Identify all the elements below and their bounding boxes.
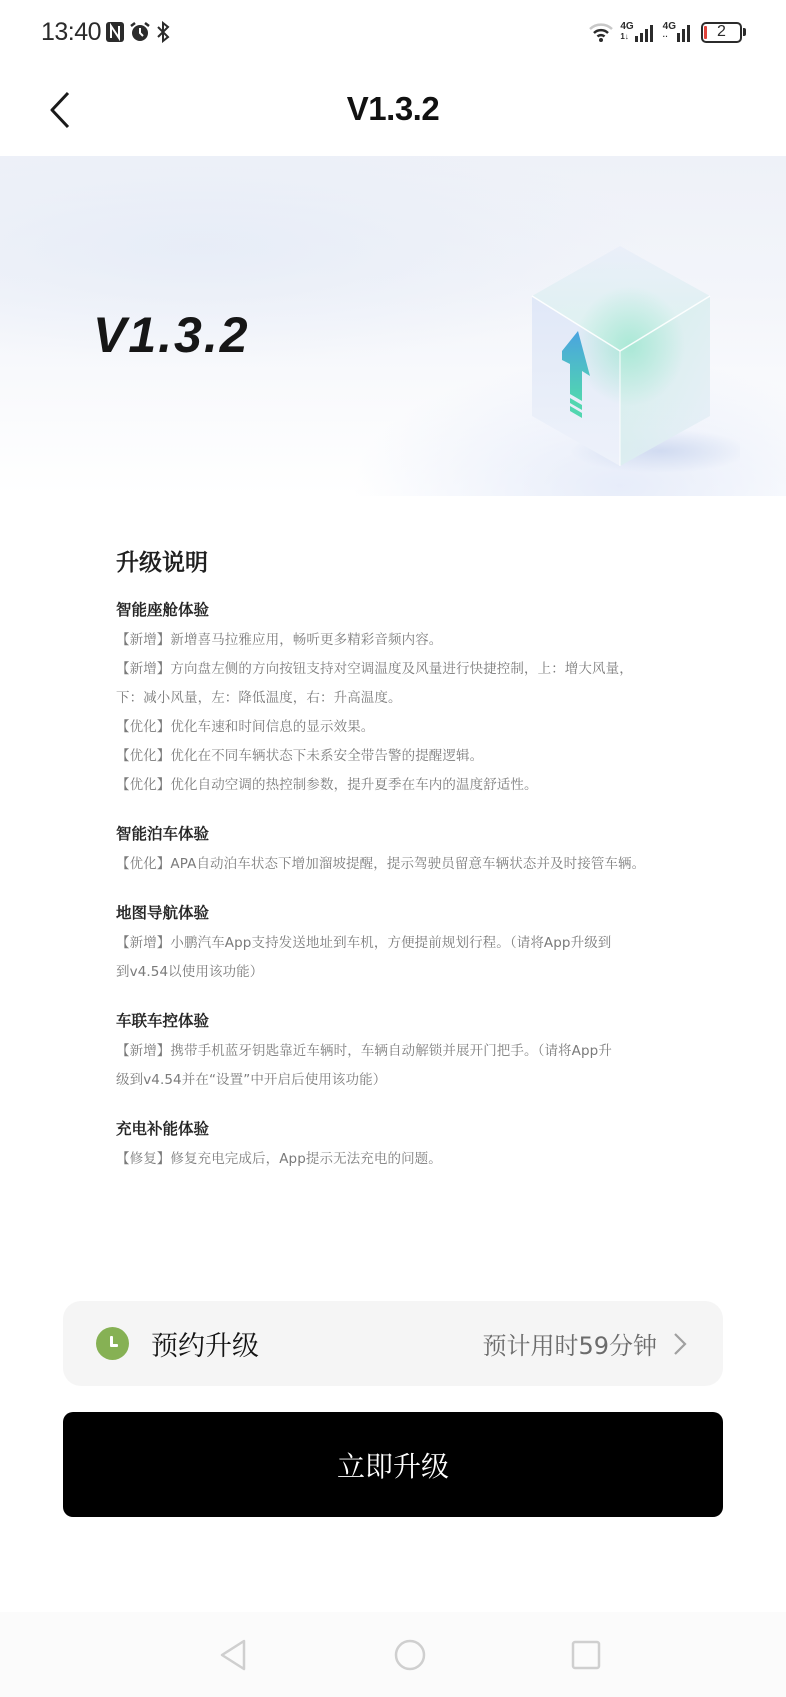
section-title: 智能座舱体验 [116, 598, 676, 622]
note-line: 【优化】APA自动泊车状态下增加溜坡提醒，提示驾驶员留意车辆状态并及时接管车辆。 [116, 850, 676, 879]
nfc-icon [105, 21, 125, 43]
nav-back-icon [218, 1638, 248, 1672]
section-title: 车联车控体验 [116, 1009, 676, 1033]
note-line: 【优化】优化自动空调的热控制参数，提升夏季在车内的温度舒适性。 [116, 771, 676, 800]
note-line: 【新增】方向盘左侧的方向按钮支持对空调温度及风量进行快捷控制，上：增大风量， [116, 655, 676, 684]
network-type-sim2: 4G [663, 22, 676, 32]
note-line: 级到v4.54并在“设置”中开启后使用该功能） [116, 1066, 676, 1095]
nav-back-button[interactable] [213, 1635, 253, 1675]
battery-level: 2 [701, 22, 742, 43]
notes-section-navigation: 地图导航体验 【新增】小鹏汽车App支持发送地址到车机，方便提前规划行程。（请将… [116, 901, 676, 987]
upgrade-cube-icon [520, 236, 740, 476]
network-type-sim1: 4G [620, 22, 633, 32]
battery-tip [743, 28, 746, 36]
release-notes: 升级说明 智能座舱体验 【新增】新增喜马拉雅应用，畅听更多精彩音频内容。 【新增… [116, 548, 676, 1196]
nav-recents-button[interactable] [566, 1635, 606, 1675]
nav-header: V1.3.2 [0, 64, 786, 156]
notes-section-cockpit: 智能座舱体验 【新增】新增喜马拉雅应用，畅听更多精彩音频内容。 【新增】方向盘左… [116, 598, 676, 800]
section-title: 智能泊车体验 [116, 822, 676, 846]
release-notes-title: 升级说明 [116, 548, 676, 578]
wifi-icon [588, 21, 614, 43]
schedule-upgrade-label: 预约升级 [151, 1324, 482, 1363]
nav-recents-icon [570, 1639, 602, 1671]
status-right: 4G 1↓ 4G ·· 2 [588, 21, 746, 43]
signal-4g-sim1-icon: 4G 1↓ [620, 21, 656, 43]
note-line: 下：减小风量，左：降低温度，右：升高温度。 [116, 684, 676, 713]
notes-section-parking: 智能泊车体验 【优化】APA自动泊车状态下增加溜坡提醒，提示驾驶员留意车辆状态并… [116, 822, 676, 879]
section-title: 地图导航体验 [116, 901, 676, 925]
status-bar: 13:40 4G 1↓ 4G ·· 2 [0, 0, 786, 64]
note-line: 【新增】新增喜马拉雅应用，畅听更多精彩音频内容。 [116, 626, 676, 655]
estimated-duration: 预计用时59分钟 [482, 1326, 657, 1361]
chevron-right-icon [673, 1332, 687, 1356]
note-line: 【优化】优化在不同车辆状态下未系安全带告警的提醒逻辑。 [116, 742, 676, 771]
note-line: 到v4.54以使用该功能） [116, 958, 676, 987]
notes-section-connectivity: 车联车控体验 【新增】携带手机蓝牙钥匙靠近车辆时，车辆自动解锁并展开门把手。（请… [116, 1009, 676, 1095]
hero-banner: V1.3.2 [0, 156, 786, 496]
upgrade-now-button[interactable]: 立即升级 [63, 1412, 723, 1517]
note-line: 【修复】修复充电完成后，App提示无法充电的问题。 [116, 1145, 676, 1174]
bluetooth-icon [155, 21, 171, 43]
note-line: 【新增】携带手机蓝牙钥匙靠近车辆时，车辆自动解锁并展开门把手。（请将App升 [116, 1037, 676, 1066]
section-title: 充电补能体验 [116, 1117, 676, 1141]
system-nav-bar [0, 1612, 786, 1697]
status-time: 13:40 [41, 18, 101, 47]
battery-icon: 2 [701, 22, 746, 43]
note-line: 【优化】优化车速和时间信息的显示效果。 [116, 713, 676, 742]
clock-icon [96, 1327, 129, 1360]
nav-home-icon [393, 1638, 427, 1672]
nav-home-button[interactable] [390, 1635, 430, 1675]
signal-4g-sim2-icon: 4G ·· [663, 21, 695, 43]
schedule-upgrade-button[interactable]: 预约升级 预计用时59分钟 [63, 1301, 723, 1386]
note-line: 【新增】小鹏汽车App支持发送地址到车机，方便提前规划行程。（请将App升级到 [116, 929, 676, 958]
hero-version: V1.3.2 [93, 306, 250, 364]
status-left: 13:40 [41, 18, 171, 47]
notes-section-charging: 充电补能体验 【修复】修复充电完成后，App提示无法充电的问题。 [116, 1117, 676, 1174]
alarm-icon [129, 21, 151, 43]
page-title: V1.3.2 [0, 90, 786, 128]
